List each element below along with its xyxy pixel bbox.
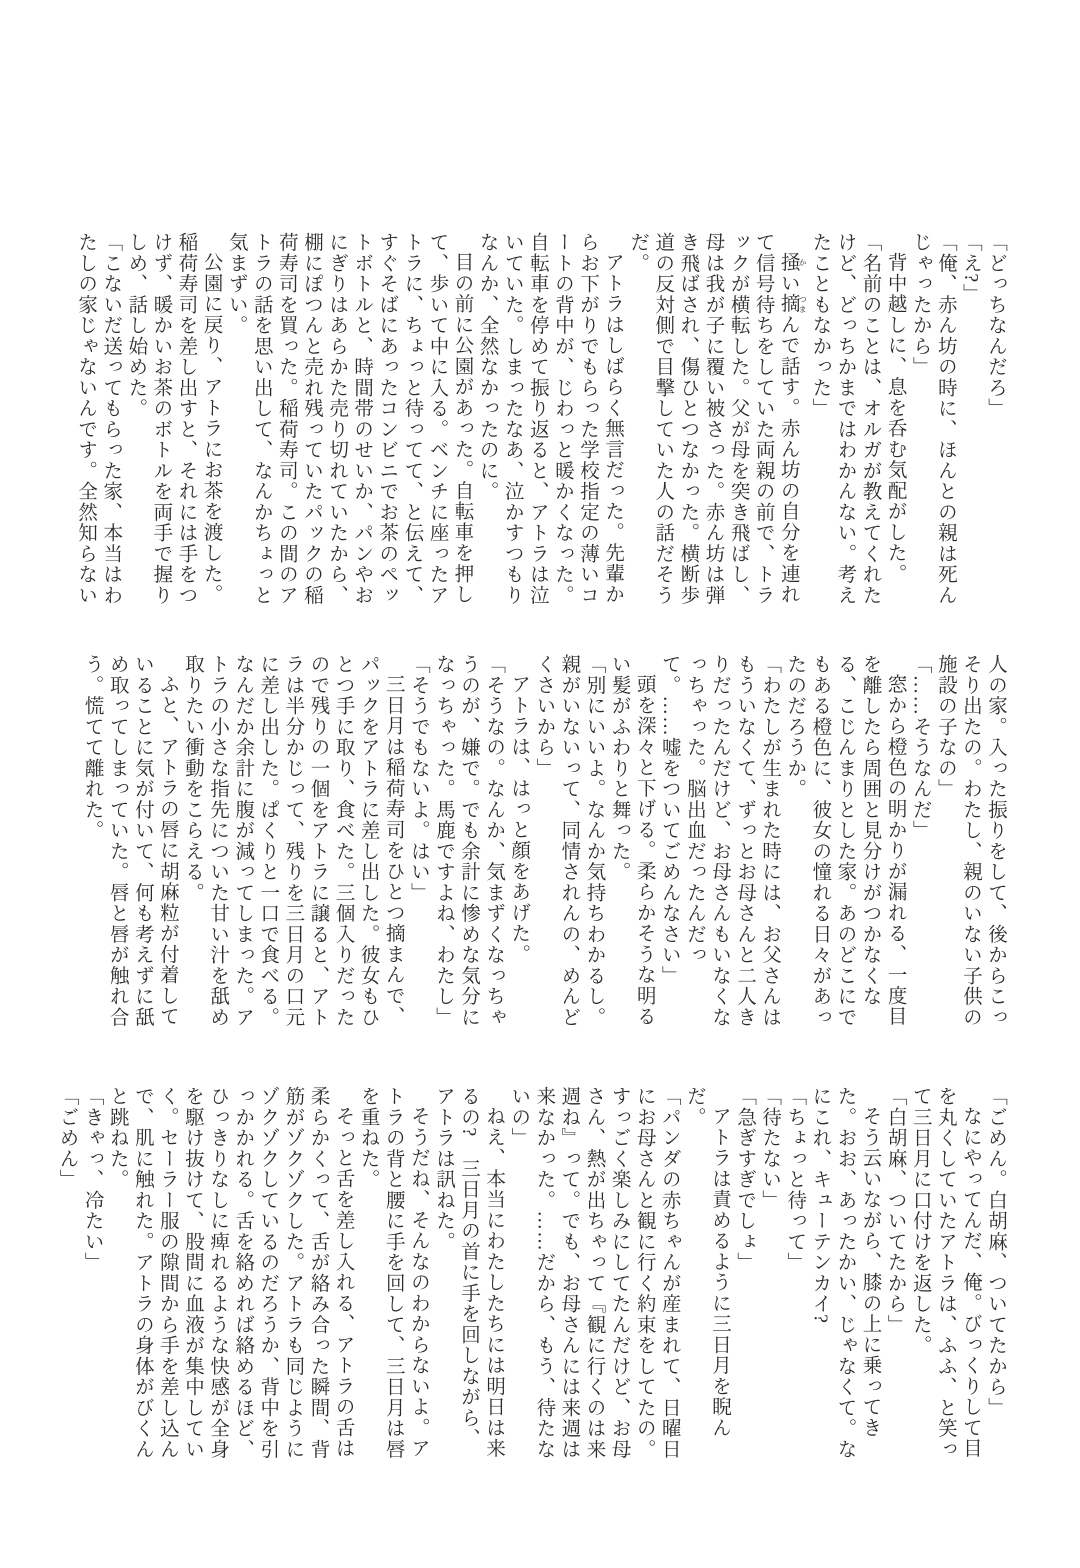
paragraph: 「きゃっ、冷たい」 bbox=[80, 1086, 105, 1464]
paragraph: アトラは、はっと顔をあげた。 bbox=[506, 654, 531, 1032]
paragraph: 「どっちなんだろ」 bbox=[983, 232, 1008, 610]
paragraph: アトラはしばらく無言だった。先輩からお下がりでもらった学校指定の薄いコートの背中… bbox=[475, 232, 626, 610]
paragraph: ねえ、本当にわたしたちには明日は来るの? 三日月の首に手を回しながら、アトラは訊… bbox=[431, 1086, 506, 1464]
paragraph: 公園に戻り、アトラにお茶を渡した。稲荷寿司を差し出すと、それには手をつけず、暖か… bbox=[123, 232, 223, 610]
paragraph: そう云いながら、膝の上に乗ってきた。おお、あったかい、じゃなくて。なにこれ、キュ… bbox=[807, 1086, 882, 1464]
paragraph: そっと舌を差し入れる、アトラの舌は柔らかくって、舌が絡み合った瞬間、背筋がゾクゾ… bbox=[105, 1086, 356, 1464]
paragraph: 「そうなの。なんか、気まずくなっちゃうのが、嫌で。でも余計に惨めな気分になっちゃ… bbox=[431, 654, 506, 1032]
paragraph: 人の家。入った振りをして、後からこっそり出たの。わたし、親のいない子供の施設の子… bbox=[933, 654, 1008, 1032]
paragraph: 「そうでもないよ。はい」 bbox=[406, 654, 431, 1032]
text-block-1: 「どっちなんだろ」「え?」「俺、赤ん坊の時に、ほんとの親は死んじゃったから」背中… bbox=[73, 232, 1008, 610]
paragraph: そうだね、そんなのわからないよ。アトラの背と腰に手を回して、三日月は唇を重ねた。 bbox=[356, 1086, 431, 1464]
paragraph: 目の前に公園があった。自転車を押して、歩いて中に入る。ベンチに座ったアトラに、ち… bbox=[224, 232, 475, 610]
paragraph: 「ごめん」 bbox=[54, 1086, 79, 1464]
paragraph: 「パンダの赤ちゃんが産まれて、日曜日にお母さんと観に行く約束をしてたの。すっごく… bbox=[506, 1086, 682, 1464]
paragraph: 「待たない」 bbox=[757, 1086, 782, 1464]
paragraph: 背中越しに、息を呑む気配がした。 bbox=[883, 232, 908, 610]
text-block-2: 人の家。入った振りをして、後からこっそり出たの。わたし、親のいない子供の施設の子… bbox=[80, 654, 1008, 1032]
paragraph: 「わたしが生まれた時には、お父さんはもういなくて、ずっとお母さんと二人きりだった… bbox=[657, 654, 782, 1032]
paragraph: 「名前のことは、オルガが教えてくれたけど、どっちかまではわかんない。考えたことも… bbox=[807, 232, 882, 610]
paragraph: なにやってんだ、俺。びっくりして目を丸くしていたアトラは、ふふ、と笑って三日月に… bbox=[908, 1086, 983, 1464]
novel-page: 「どっちなんだろ」「え?」「俺、赤ん坊の時に、ほんとの親は死んじゃったから」背中… bbox=[0, 0, 1080, 1568]
paragraph: 「こないだ送ってもらった家、本当はわたしの家じゃないんです。全然知らない bbox=[73, 232, 123, 610]
paragraph: 「俺、赤ん坊の時に、ほんとの親は死んじゃったから」 bbox=[908, 232, 958, 610]
paragraph: 窓から橙色の明かりが漏れる、一度目を離したら周囲と見分けがつかなくなる、こじんま… bbox=[782, 654, 907, 1032]
paragraph: 「え?」 bbox=[958, 232, 983, 610]
paragraph: 「別にいいよ。なんか気持ちわかるし。親がいないって、同情されんの、めんどくさいか… bbox=[531, 654, 606, 1032]
paragraph: アトラは責めるように三日月を睨んだ。 bbox=[682, 1086, 732, 1464]
paragraph: 「ごめん。白胡麻、ついてたから」 bbox=[983, 1086, 1008, 1464]
paragraph: 「急ぎすぎでしょ」 bbox=[732, 1086, 757, 1464]
paragraph: 掻かい摘つまんで話す。赤ん坊の自分を連れて信号待ちをしていた両親の前で、トラック… bbox=[625, 232, 807, 610]
paragraph: ふと、アトラの唇に胡麻粒が付着していることに気が付いて、何も考えずに舐め取ってし… bbox=[80, 654, 180, 1032]
text-block-3: 「ごめん。白胡麻、ついてたから」なにやってんだ、俺。びっくりして目を丸くしていた… bbox=[54, 1086, 1008, 1464]
paragraph: 「ちょっと待って」 bbox=[782, 1086, 807, 1464]
paragraph: 「白胡麻、ついてたから」 bbox=[883, 1086, 908, 1464]
paragraph: 三日月は稲荷寿司をひとつ摘まんで、パックをアトラに差し出した。彼女もひとつ手に取… bbox=[180, 654, 406, 1032]
paragraph: 頭を深々と下げる。柔らかそうな明るい髪がふわりと舞った。 bbox=[607, 654, 657, 1032]
paragraph: 「……そうなんだ」 bbox=[908, 654, 933, 1032]
